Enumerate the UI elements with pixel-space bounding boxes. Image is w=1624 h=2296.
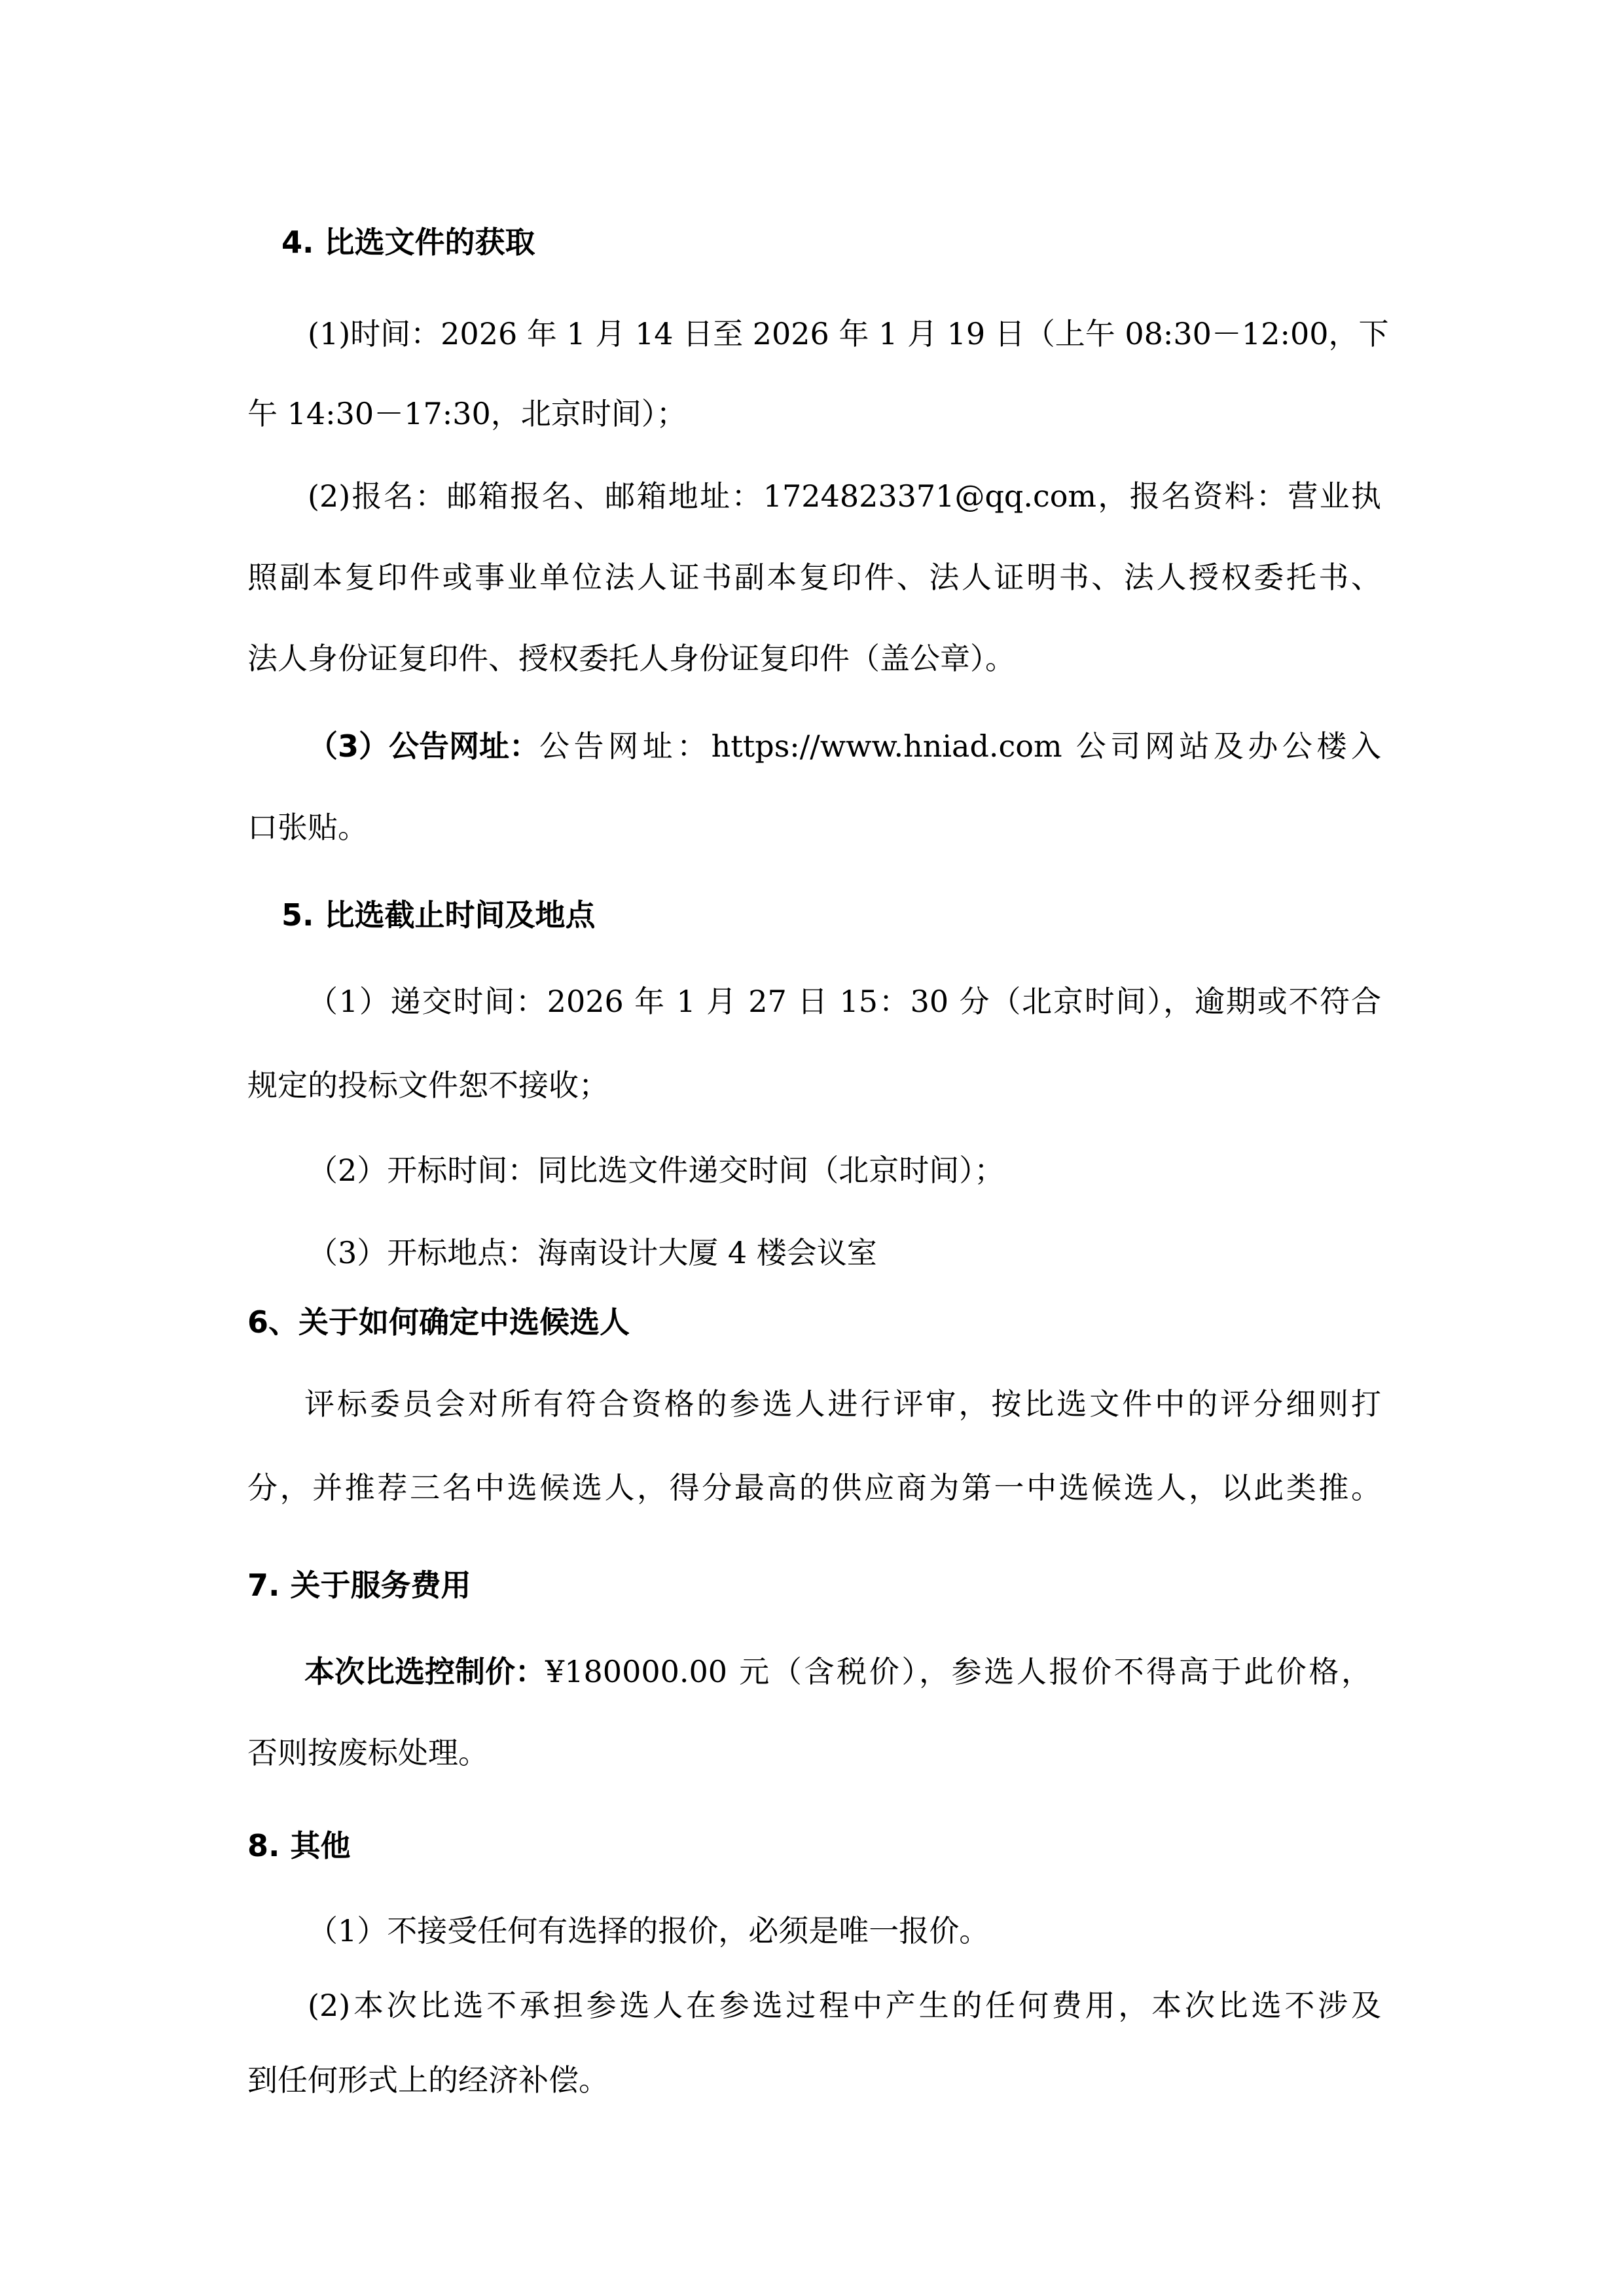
s4-registration-line-3: 法人身份证复印件、授权委托人身份证复印件（盖公章）。 [247,639,1381,678]
s5-opening-location: （3）开标地点：海南设计大厦 4 楼会议室 [308,1233,1381,1272]
section-6-heading: 6、关于如何确定中选候选人 [247,1302,1381,1342]
s5-submit-time-line-2: 规定的投标文件恕不接收； [247,1066,1381,1105]
s4-registration-line-1: (2)报名：邮箱报名、邮箱地址：1724823371@qq.com，报名资料：营… [308,476,1381,516]
s5-submit-time-line-1: （1）递交时间：2026 年 1 月 27 日 15：30 分（北京时间），逾期… [308,982,1381,1021]
s4-website-text: 公告网址：https://www.hniad.com 公司网站及办公楼入 [539,726,1381,766]
s4-website-label: （3）公告网址： [308,726,539,766]
s8-item-2-line-1: (2)本次比选不承担参选人在参选过程中产生的任何费用，本次比选不涉及 [308,1986,1381,2025]
s4-time-line-2: 午 14:30－17:30，北京时间）； [247,394,1381,433]
s4-registration-line-2: 照副本复印件或事业单位法人证书副本复印件、法人证明书、法人授权委托书、 [247,558,1381,597]
section-7-heading: 7. 关于服务费用 [247,1566,1381,1605]
document-page: 4. 比选文件的获取 (1)时间：2026 年 1 月 14 日至 2026 年… [0,0,1624,2296]
s6-evaluation-line-2: 分，并推荐三名中选候选人，得分最高的供应商为第一中选候选人，以此类推。 [247,1468,1381,1507]
s7-control-price-line-1: 本次比选控制价： ¥180000.00 元（含税价），参选人报价不得高于此价格， [304,1652,1371,1691]
s4-website-line-2: 口张贴。 [247,808,1381,847]
section-5-heading: 5. 比选截止时间及地点 [281,895,1415,935]
s5-opening-time: （2）开标时间：同比选文件递交时间（北京时间）； [308,1151,1381,1190]
s7-control-price-line-2: 否则按废标处理。 [247,1733,1381,1772]
s6-evaluation-line-1: 评标委员会对所有符合资格的参选人进行评审，按比选文件中的评分细则打 [304,1384,1381,1424]
s8-item-1: （1）不接受任何有选择的报价，必须是唯一报价。 [308,1911,1381,1950]
section-4-heading: 4. 比选文件的获取 [281,223,1415,262]
s7-control-price-label: 本次比选控制价： [304,1652,545,1691]
s4-website-line-1: （3）公告网址： 公告网址：https://www.hniad.com 公司网站… [308,726,1381,766]
s7-control-price-text: ¥180000.00 元（含税价），参选人报价不得高于此价格， [545,1652,1371,1691]
s4-time-line-1: (1)时间：2026 年 1 月 14 日至 2026 年 1 月 19 日（上… [308,314,1381,353]
s8-item-2-line-2: 到任何形式上的经济补偿。 [247,2060,1381,2100]
section-8-heading: 8. 其他 [247,1826,1381,1865]
